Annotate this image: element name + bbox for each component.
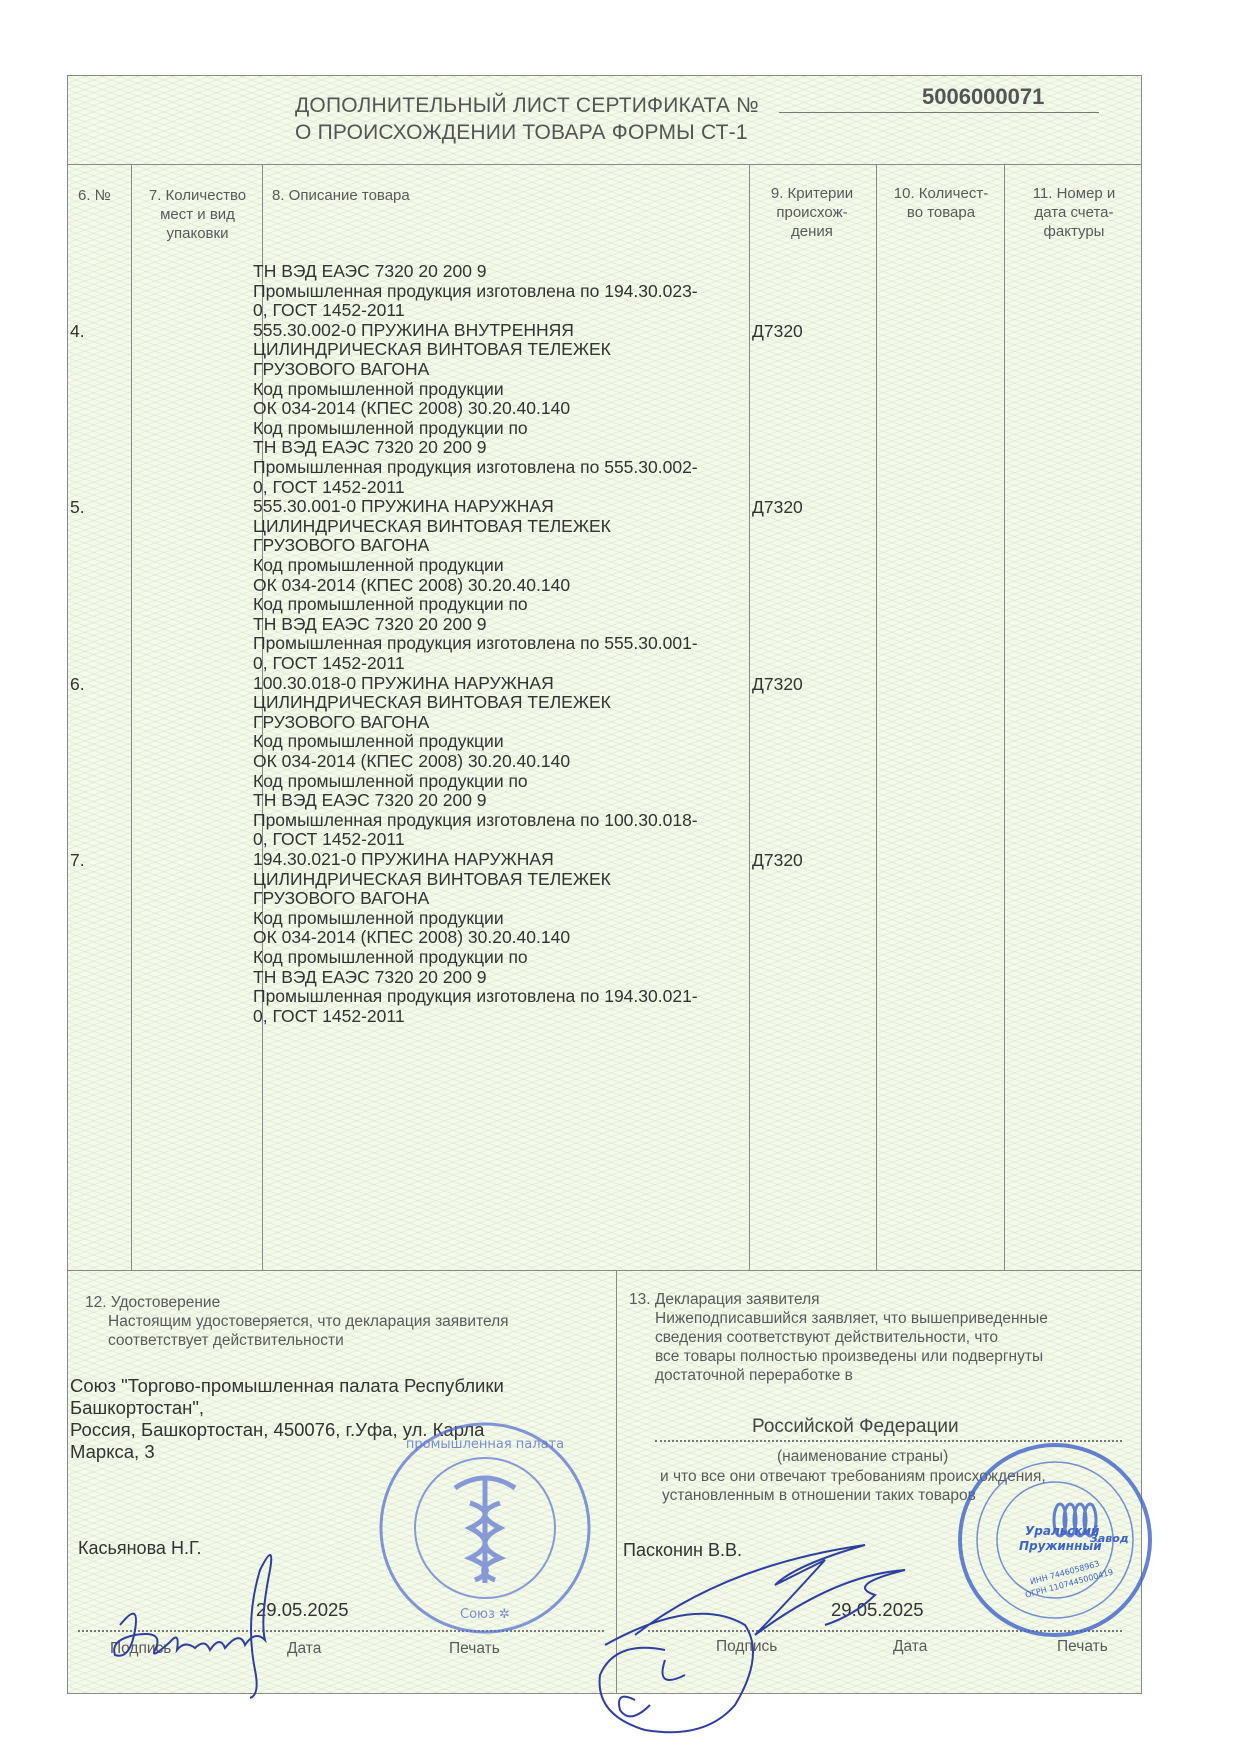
title-line-2: О ПРОИСХОЖДЕНИИ ТОВАРА ФОРМЫ СТ-1 (295, 119, 748, 146)
column-divider (131, 164, 132, 1270)
description-line: 0, ГОСТ 1452-2011 (253, 478, 405, 498)
description-line: ОК 034-2014 (КПЕС 2008) 30.20.40.140 (253, 399, 570, 419)
column-header-origin-criteria: 9. Критерии происхож- дения (752, 184, 872, 241)
description-line: ТН ВЭД ЕАЭС 7320 20 200 9 (253, 968, 487, 988)
description-line: Промышленная продукция изготовлена по 19… (253, 282, 698, 302)
description-line: ГРУЗОВОГО ВАГОНА (253, 536, 429, 556)
certification-heading: 12. Удостоверение (85, 1293, 220, 1312)
certification-seal-label: Печать (449, 1640, 500, 1658)
declarant-signature (575, 1525, 995, 1740)
description-line: Код промышленной продукции по (253, 419, 528, 439)
table-bottom-divider (67, 1270, 1142, 1271)
company-stamp: Уральский Пружинный Завод ИНН 7446058963… (955, 1440, 1155, 1640)
column-header-number: 6. № (78, 186, 111, 205)
description-line: Код промышленной продукции по (253, 948, 528, 968)
description-line: Промышленная продукция изготовлена по 55… (253, 458, 698, 478)
description-line: 0, ГОСТ 1452-2011 (253, 830, 405, 850)
description-line: ГРУЗОВОГО ВАГОНА (253, 360, 429, 380)
country-caption: (наименование страны) (777, 1447, 948, 1466)
description-line: 100.30.018-0 ПРУЖИНА НАРУЖНАЯ (253, 674, 554, 694)
column-header-invoice: 11. Номер и дата счета- фактуры (1008, 184, 1140, 241)
description-line: Код промышленной продукции (253, 909, 504, 929)
declaration-text-3: все товары полностью произведены или под… (655, 1347, 1043, 1366)
description-line: Код промышленной продукции (253, 380, 504, 400)
svg-text:промышленная палата: промышленная палата (406, 1437, 564, 1452)
title-line-1: ДОПОЛНИТЕЛЬНЫЙ ЛИСТ СЕРТИФИКАТА № (295, 92, 759, 119)
description-line: ОК 034-2014 (КПЕС 2008) 30.20.40.140 (253, 576, 570, 596)
certifier-signature (95, 1530, 305, 1700)
description-line: 0, ГОСТ 1452-2011 (253, 1007, 405, 1027)
column-header-description: 8. Описание товара (272, 186, 410, 205)
description-line: ЦИЛИНДРИЧЕСКАЯ ВИНТОВАЯ ТЕЛЕЖЕК (253, 870, 611, 890)
description-line: 0, ГОСТ 1452-2011 (253, 654, 405, 674)
declaration-text-6: установленным в отношении таких товаров (662, 1486, 976, 1505)
declaration-text-1: Нижеподписавшийся заявляет, что вышеприв… (655, 1309, 1048, 1328)
description-line: ГРУЗОВОГО ВАГОНА (253, 889, 429, 909)
description-line: Код промышленной продукции по (253, 595, 528, 615)
column-divider (749, 164, 750, 1270)
description-line: Код промышленной продукции (253, 732, 504, 752)
description-line: ЦИЛИНДРИЧЕСКАЯ ВИНТОВАЯ ТЕЛЕЖЕК (253, 340, 611, 360)
description-line: ТН ВЭД ЕАЭС 7320 20 200 9 (253, 438, 487, 458)
column-divider (1004, 164, 1005, 1270)
description-line: Промышленная продукция изготовлена по 10… (253, 811, 698, 831)
description-line: ТН ВЭД ЕАЭС 7320 20 200 9 (253, 615, 487, 635)
row-number: 5. (70, 497, 85, 518)
org-line-4: Маркса, 3 (70, 1441, 155, 1463)
header-divider (67, 164, 1142, 165)
certificate-number-underline (779, 112, 1099, 113)
origin-criterion: Д7320 (752, 497, 803, 518)
org-line-1: Союз "Торгово-промышленная палата Респуб… (70, 1375, 504, 1397)
org-line-2: Башкортостан", (70, 1397, 204, 1419)
svg-text:Союз ✲: Союз ✲ (460, 1607, 510, 1622)
column-header-packages: 7. Количество мест и вид упаковки (135, 186, 260, 243)
description-line: ГРУЗОВОГО ВАГОНА (253, 713, 429, 733)
certificate-number: 5006000071 (922, 84, 1044, 110)
origin-criterion: Д7320 (752, 674, 803, 695)
origin-criterion: Д7320 (752, 850, 803, 871)
declaration-text-2: сведения соответствуют действительности,… (655, 1328, 998, 1347)
certification-text-1: Настоящим удостоверяется, что декларация… (108, 1312, 509, 1331)
description-line: 194.30.021-0 ПРУЖИНА НАРУЖНАЯ (253, 850, 554, 870)
description-line: ТН ВЭД ЕАЭС 7320 20 200 9 (253, 791, 487, 811)
declaration-seal-label: Печать (1057, 1638, 1108, 1656)
row-number: 7. (70, 850, 85, 871)
description-line: Код промышленной продукции по (253, 772, 528, 792)
chamber-of-commerce-stamp: промышленная палата Союз ✲ (375, 1418, 595, 1638)
description-line: Промышленная продукция изготовлена по 55… (253, 634, 698, 654)
column-header-quantity: 10. Количест- во товара (880, 184, 1002, 222)
description-line: 555.30.002-0 ПРУЖИНА ВНУТРЕННЯЯ (253, 321, 574, 341)
description-line: Код промышленной продукции (253, 556, 504, 576)
declaration-text-4: достаточной переработке в (655, 1366, 853, 1385)
certification-text-2: соответствует действительности (108, 1331, 344, 1350)
description-line: ЦИЛИНДРИЧЕСКАЯ ВИНТОВАЯ ТЕЛЕЖЕК (253, 517, 611, 537)
origin-criterion: Д7320 (752, 321, 803, 342)
country-of-origin: Российской Федерации (752, 1416, 959, 1438)
description-line: ОК 034-2014 (КПЕС 2008) 30.20.40.140 (253, 752, 570, 772)
row-number: 6. (70, 674, 85, 695)
description-line: 0, ГОСТ 1452-2011 (253, 301, 405, 321)
declaration-heading: 13. Декларация заявителя (629, 1290, 820, 1309)
description-line: 555.30.001-0 ПРУЖИНА НАРУЖНАЯ (253, 497, 554, 517)
row-number: 4. (70, 321, 85, 342)
description-line: ЦИЛИНДРИЧЕСКАЯ ВИНТОВАЯ ТЕЛЕЖЕК (253, 693, 611, 713)
description-line: ТН ВЭД ЕАЭС 7320 20 200 9 (253, 262, 487, 282)
description-line: Промышленная продукция изготовлена по 19… (253, 987, 698, 1007)
svg-text:Завод: Завод (1090, 1532, 1129, 1545)
description-line: ОК 034-2014 (КПЕС 2008) 30.20.40.140 (253, 928, 570, 948)
svg-text:Уральский: Уральский (1025, 1524, 1100, 1538)
column-divider (876, 164, 877, 1270)
